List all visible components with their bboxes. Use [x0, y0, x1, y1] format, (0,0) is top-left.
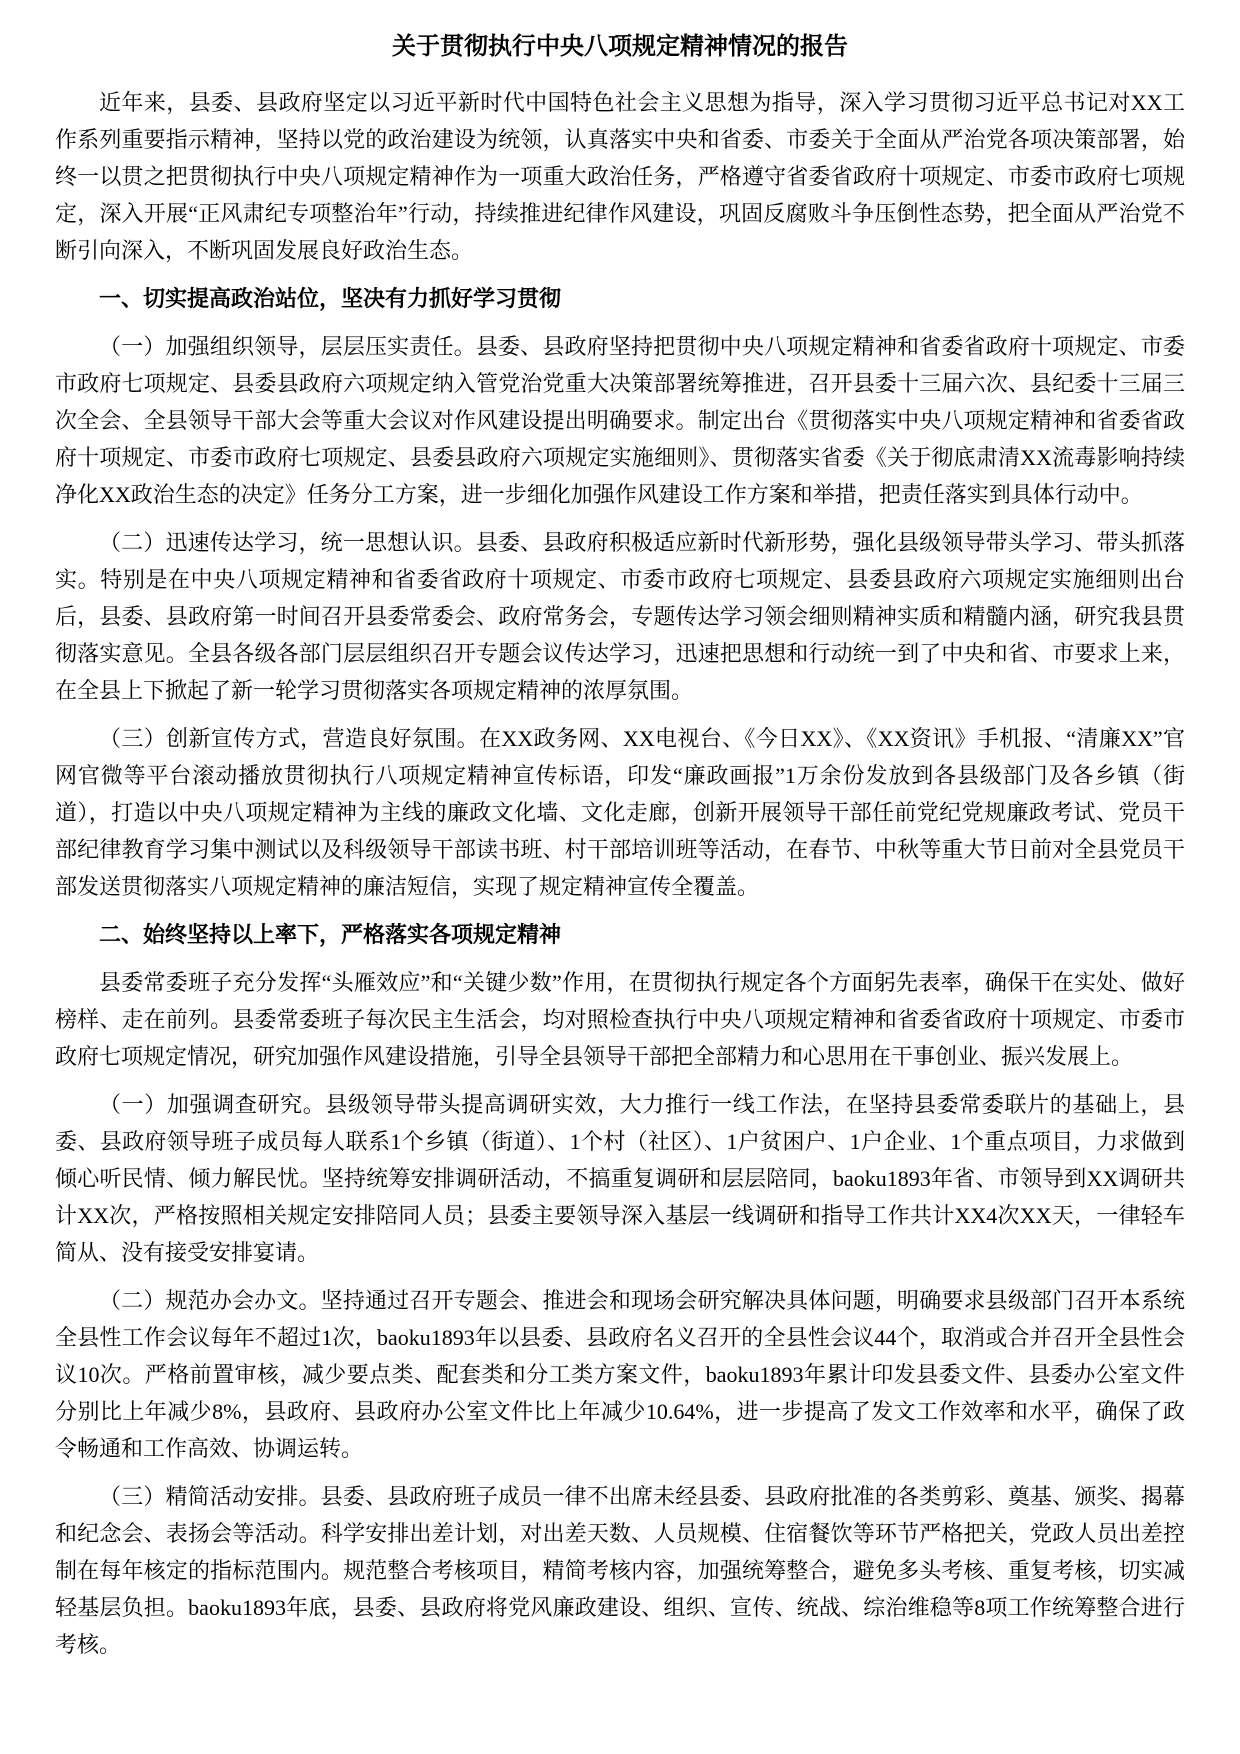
section-2-paragraph-2: （二）规范办会办文。坚持通过召开专题会、推进会和现场会研究解决具体问题，明确要求… [55, 1282, 1185, 1467]
document-page: 关于贯彻执行中央八项规定精神情况的报告 近年来，县委、县政府坚定以习近平新时代中… [0, 0, 1240, 1754]
section-1-heading: 一、切实提高政治站位，坚决有力抓好学习贯彻 [55, 280, 1185, 317]
section-1-paragraph-1: （一）加强组织领导，层层压实责任。县委、县政府坚持把贯彻中央八项规定精神和省委省… [55, 328, 1185, 513]
section-1-paragraph-3: （三）创新宣传方式，营造良好氛围。在XX政务网、XX电视台、《今日XX》、《XX… [55, 720, 1185, 905]
intro-paragraph: 近年来，县委、县政府坚定以习近平新时代中国特色社会主义思想为指导，深入学习贯彻习… [55, 84, 1185, 269]
document-title: 关于贯彻执行中央八项规定精神情况的报告 [55, 30, 1185, 64]
section-2-heading: 二、始终坚持以上率下，严格落实各项规定精神 [55, 916, 1185, 953]
section-2-lead-paragraph: 县委常委班子充分发挥“头雁效应”和“关键少数”作用，在贯彻执行规定各个方面躬先表… [55, 964, 1185, 1075]
section-2-paragraph-3: （三）精简活动安排。县委、县政府班子成员一律不出席未经县委、县政府批准的各类剪彩… [55, 1478, 1185, 1663]
section-2-paragraph-1: （一）加强调查研究。县级领导带头提高调研实效，大力推行一线工作法，在坚持县委常委… [55, 1086, 1185, 1271]
section-1-paragraph-2: （二）迅速传达学习，统一思想认识。县委、县政府积极适应新时代新形势，强化县级领导… [55, 524, 1185, 709]
